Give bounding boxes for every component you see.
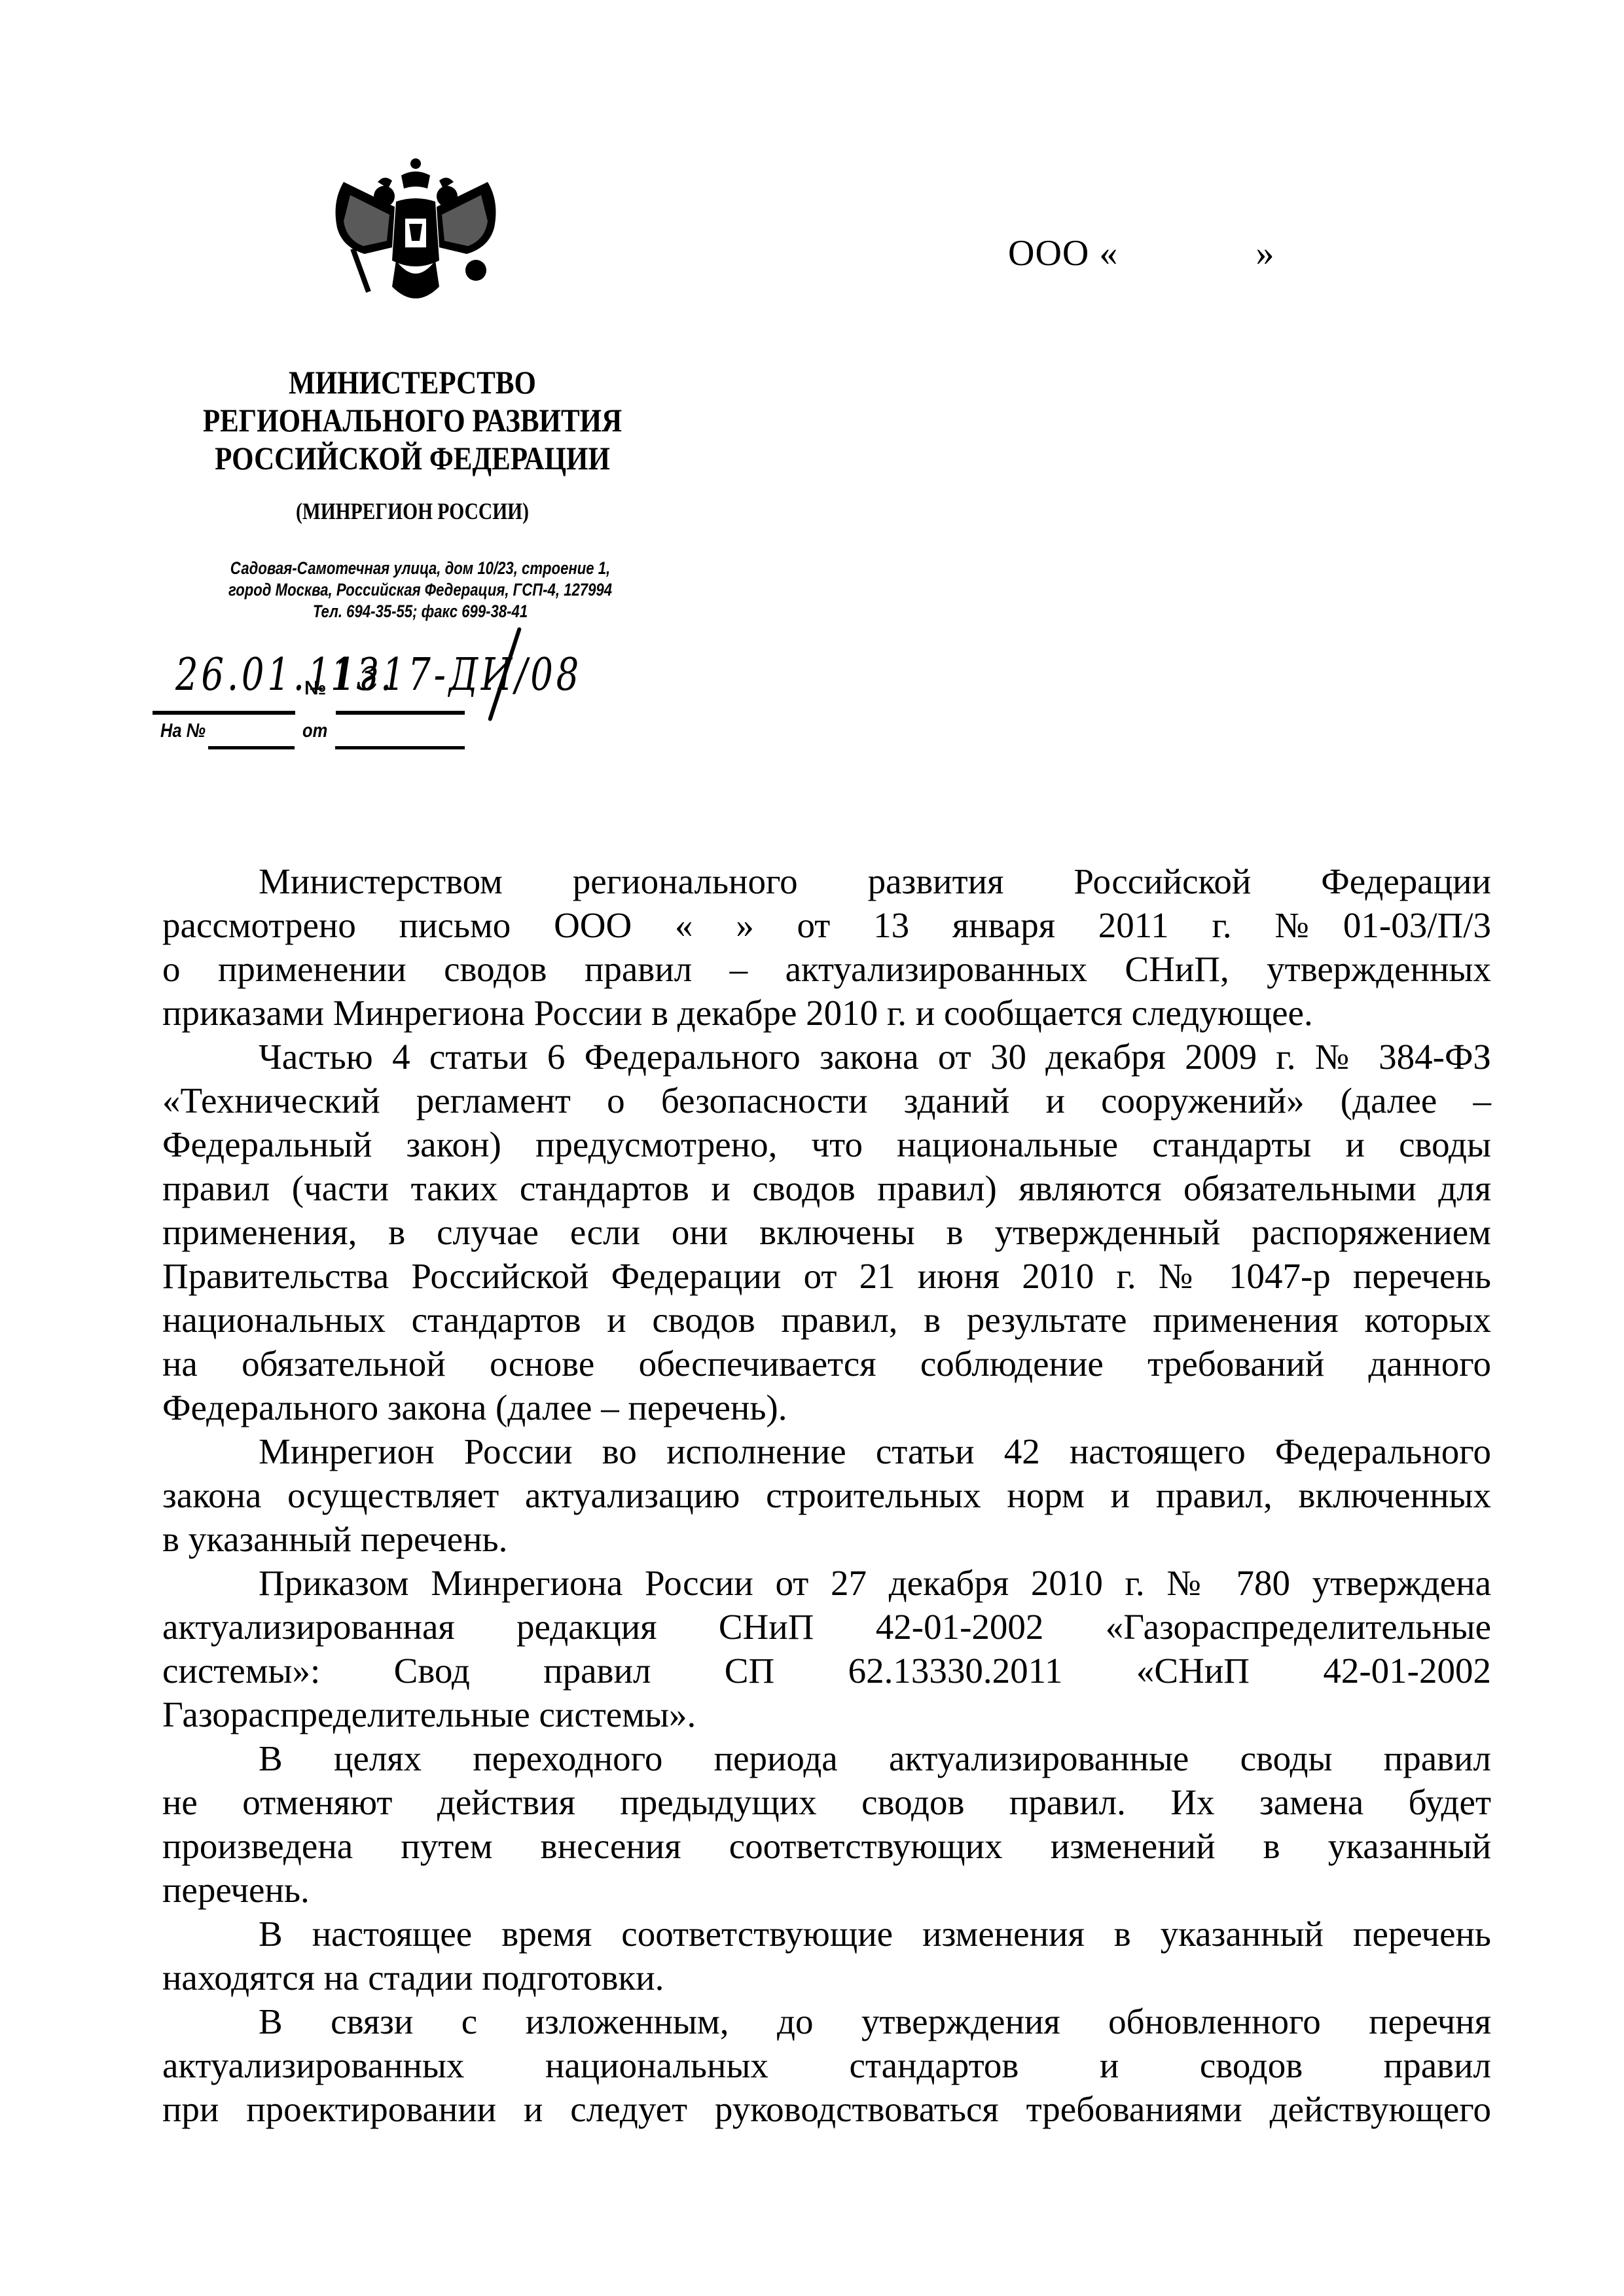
body-line: В настоящее время соответствующие измене… — [162, 1912, 1491, 1956]
body-line: В целях переходного периода актуализиров… — [162, 1736, 1491, 1780]
reference-date-label: от — [302, 720, 327, 742]
addressee: ООО « » — [1008, 232, 1274, 274]
body-line: перечень. — [162, 1868, 1491, 1912]
coat-of-arms-icon — [324, 156, 507, 319]
letter-body: Министерством регионального развития Рос… — [162, 859, 1491, 2131]
body-line: Федерального закона (далее – перечень). — [162, 1386, 1491, 1429]
body-line: актуализированная редакция СНиП 42-01-20… — [162, 1605, 1491, 1649]
address-line: Садовая-Самотечная улица, дом 10/23, стр… — [200, 558, 640, 579]
body-line: не отменяют действия предыдущих сводов п… — [162, 1780, 1491, 1824]
reference-date-blank — [335, 746, 465, 749]
ministry-short-name: (МИНРЕГИОН РОССИИ) — [203, 497, 622, 525]
body-line: «Технический регламент о безопасности зд… — [162, 1079, 1491, 1122]
body-line: закона осуществляет актуализацию строите… — [162, 1473, 1491, 1517]
address-line: Тел. 694-35-55; факс 699-38-41 — [200, 601, 640, 622]
body-line: правил (части таких стандартов и сводов … — [162, 1166, 1491, 1210]
body-line: Приказом Минрегиона России от 27 декабря… — [162, 1561, 1491, 1605]
body-line: Правительства Российской Федерации от 21… — [162, 1254, 1491, 1298]
body-line: системы»: Свод правил СП 62.13330.2011 «… — [162, 1649, 1491, 1693]
body-line: находятся на стадии подготовки. — [162, 1956, 1491, 2000]
ministry-title: МИНИСТЕРСТВО РЕГИОНАЛЬНОГО РАЗВИТИЯ РОСС… — [193, 363, 632, 477]
body-line: национальных стандартов и сводов правил,… — [162, 1298, 1491, 1342]
body-line: Министерством регионального развития Рос… — [162, 859, 1491, 903]
address-line: город Москва, Российская Федерация, ГСП-… — [200, 579, 640, 601]
body-line: рассмотрено письмо ООО « » от 13 января … — [162, 903, 1491, 947]
body-line: Федеральный закон) предусмотрено, что на… — [162, 1122, 1491, 1166]
body-line: произведена путем внесения соответствующ… — [162, 1824, 1491, 1868]
outgoing-date-underline — [153, 711, 295, 715]
ministry-title-line: РЕГИОНАЛЬНОГО РАЗВИТИЯ — [193, 401, 632, 439]
body-line: приказами Минрегиона России в декабре 20… — [162, 991, 1491, 1035]
body-line: применения, в случае если они включены в… — [162, 1210, 1491, 1254]
outgoing-number-underline — [336, 711, 465, 715]
outgoing-number-label: № — [304, 677, 326, 700]
ministry-address: Садовая-Самотечная улица, дом 10/23, стр… — [200, 558, 640, 622]
ministry-title-line: МИНИСТЕРСТВО — [193, 363, 632, 401]
ministry-title-line: РОССИЙСКОЙ ФЕДЕРАЦИИ — [193, 439, 632, 477]
reference-number-blank — [208, 746, 295, 749]
body-line: Частью 4 статьи 6 Федерального закона от… — [162, 1035, 1491, 1079]
body-line: на обязательной основе обеспечивается со… — [162, 1342, 1491, 1386]
body-line: в указанный перечень. — [162, 1517, 1491, 1561]
body-line: актуализированных национальных стандарто… — [162, 2043, 1491, 2087]
reference-number-label: На № — [160, 720, 206, 742]
body-line: о применении сводов правил – актуализиро… — [162, 947, 1491, 991]
body-line: при проектировании и следует руководство… — [162, 2087, 1491, 2131]
outgoing-number: 1317-ДИ/08 — [331, 649, 582, 701]
body-line: Газораспределительные системы». — [162, 1693, 1491, 1736]
body-line: В связи с изложенным, до утверждения обн… — [162, 2000, 1491, 2043]
body-line: Минрегион России во исполнение статьи 42… — [162, 1429, 1491, 1473]
